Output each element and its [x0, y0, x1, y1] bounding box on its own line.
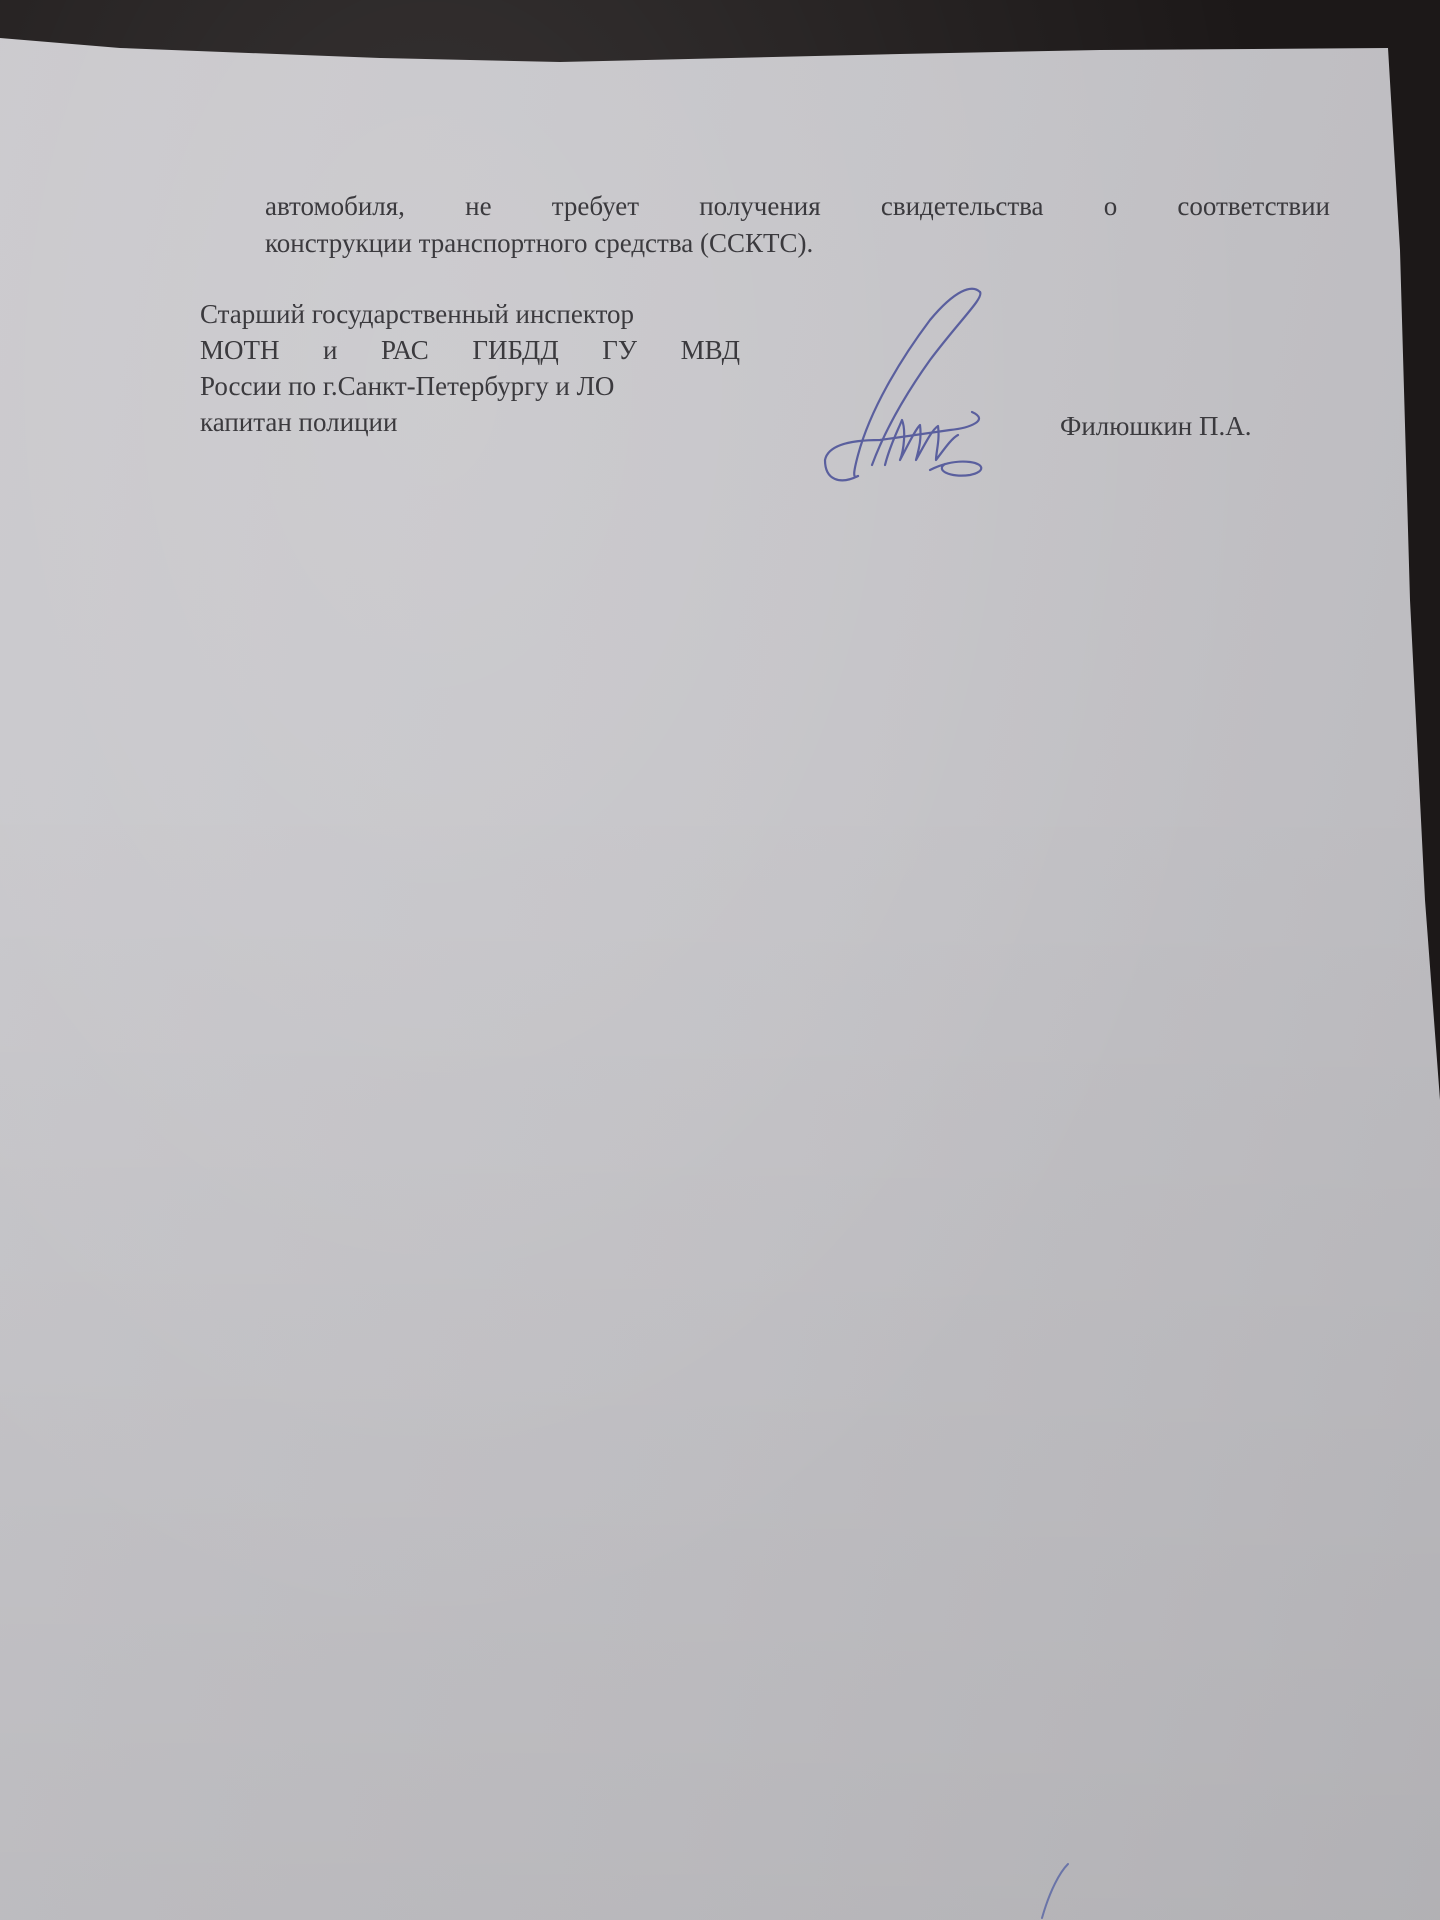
signatory-title-line: капитан полиции — [200, 404, 740, 440]
paper-sheet — [0, 0, 1440, 1920]
signatory-title: Старший государственный инспектор МОТН и… — [200, 296, 740, 440]
signatory-title-line: Старший государственный инспектор — [200, 296, 740, 332]
signatory-title-line: России по г.Санкт-Петербургу и ЛО — [200, 368, 740, 404]
paragraph-line-1: автомобиля, не требует получения свидете… — [265, 188, 1330, 224]
signatory-title-line: МОТН и РАС ГИБДД ГУ МВД — [200, 332, 740, 368]
signature-stroke-icon — [1020, 1860, 1080, 1920]
signatory-name: Филюшкин П.А. — [1060, 408, 1251, 444]
paragraph-line-2: конструкции транспортного средства (ССКТ… — [265, 225, 1330, 261]
handwritten-signature-icon — [740, 280, 1000, 500]
